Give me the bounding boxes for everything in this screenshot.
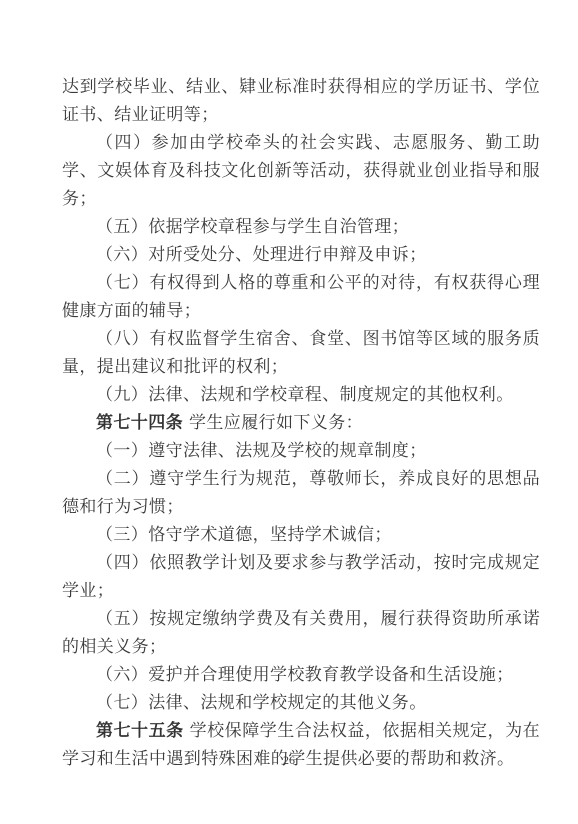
paragraph: （一）遵守法律、法规及学校的规章制度； bbox=[62, 437, 540, 465]
paragraph: （四）参加由学校牵头的社会实践、志愿服务、勤工助学、文娱体育及科技文化创新等活动… bbox=[62, 129, 540, 213]
paragraph: （七）法律、法规和学校规定的其他义务。 bbox=[62, 689, 540, 717]
article-number: 第七十五条 bbox=[96, 721, 184, 740]
document-page: 达到学校毕业、结业、肄业标准时获得相应的学历证书、学位证书、结业证明等；（四）参… bbox=[0, 0, 578, 824]
paragraph: （五）按规定缴纳学费及有关费用，履行获得资助所承诺的相关义务； bbox=[62, 605, 540, 661]
paragraph: （八）有权监督学生宿舍、食堂、图书馆等区域的服务质量，提出建议和批评的权利； bbox=[62, 325, 540, 381]
document-body: 达到学校毕业、结业、肄业标准时获得相应的学历证书、学位证书、结业证明等；（四）参… bbox=[62, 73, 540, 773]
paragraph: 达到学校毕业、结业、肄业标准时获得相应的学历证书、学位证书、结业证明等； bbox=[62, 73, 540, 129]
paragraph: （六）对所受处分、处理进行申辩及申诉； bbox=[62, 241, 540, 269]
paragraph: （四）依照教学计划及要求参与教学活动，按时完成规定学业； bbox=[62, 549, 540, 605]
paragraph: （五）依据学校章程参与学生自治管理； bbox=[62, 213, 540, 241]
paragraph: （七）有权得到人格的尊重和公平的对待，有权获得心理健康方面的辅导； bbox=[62, 269, 540, 325]
article-number: 第七十四条 bbox=[96, 413, 183, 432]
article-paragraph: 第七十四条学生应履行如下义务： bbox=[62, 409, 540, 437]
paragraph: （二）遵守学生行为规范，尊敬师长，养成良好的思想品德和行为习惯； bbox=[62, 465, 540, 521]
page-number: 26 bbox=[0, 753, 578, 767]
paragraph: （六）爱护并合理使用学校教育教学设备和生活设施； bbox=[62, 661, 540, 689]
paragraph: （三）恪守学术道德，坚持学术诚信； bbox=[62, 521, 540, 549]
paragraph: （九）法律、法规和学校章程、制度规定的其他权利。 bbox=[62, 381, 540, 409]
